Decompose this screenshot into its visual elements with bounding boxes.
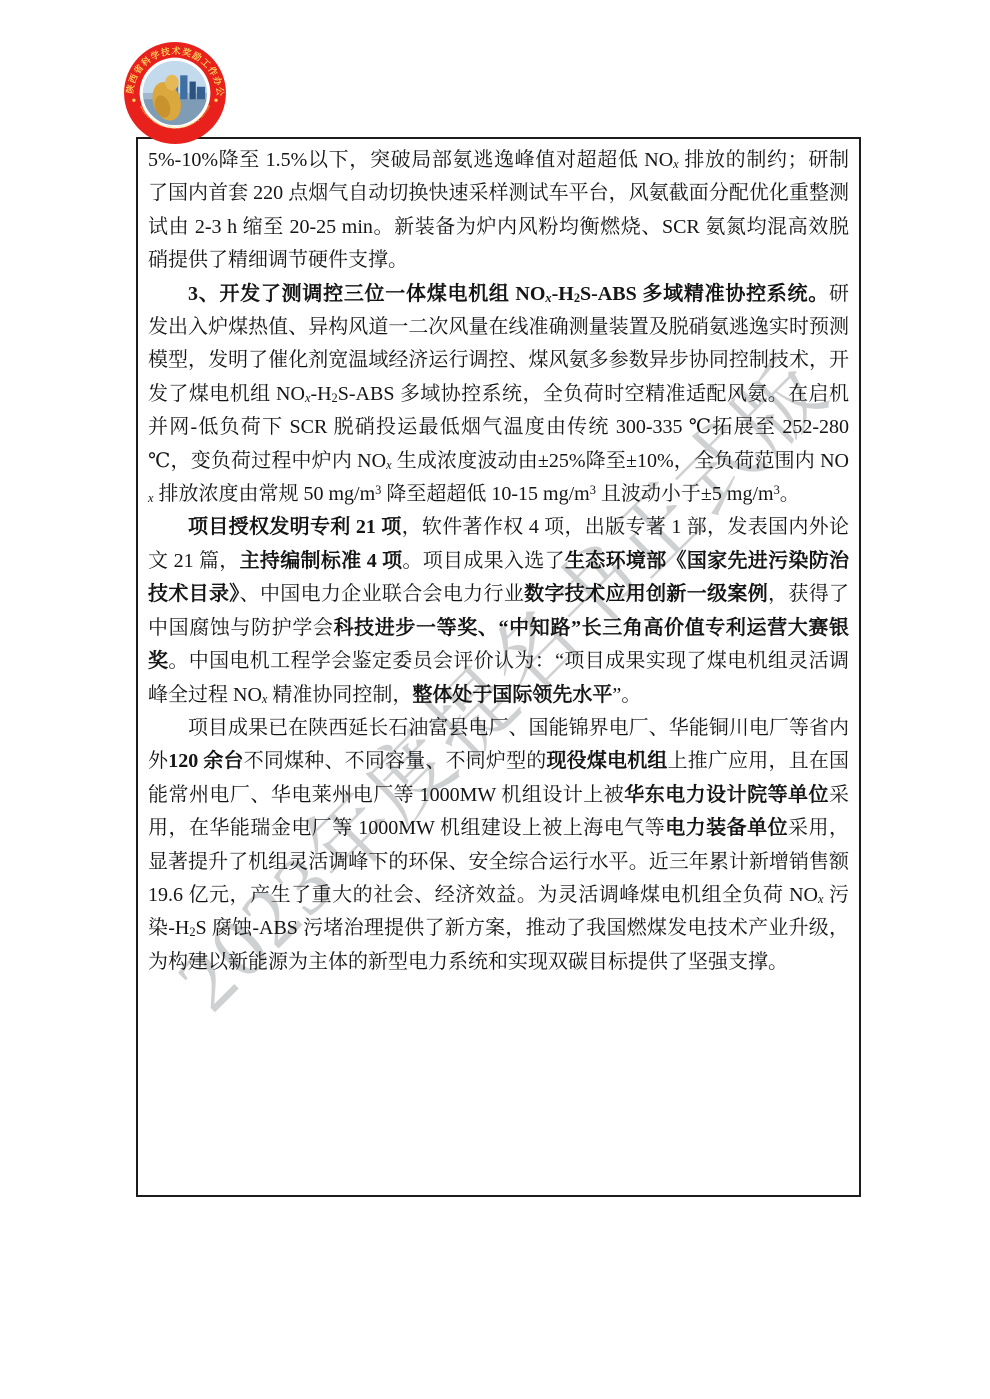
document-body: 5%-10%降至 1.5%以下，突破局部氨逃逸峰值对超超低 NOx 排放的制约；… [148,144,849,979]
document-box: 5%-10%降至 1.5%以下，突破局部氨逃逸峰值对超超低 NOx 排放的制约；… [136,137,861,1197]
text-segment: -H [310,383,331,405]
text-segment: 。 [780,483,800,505]
text-segment: 项目授权发明专利 21 项 [188,516,402,538]
seal-emblem-image: 陕西省科学技术奖励工作办公室 Shaanxi Province Office O… [123,41,227,145]
text-segment: S-ABS 多域精准协控系统。 [580,283,829,305]
text-segment: 。项目成果入选了 [402,550,565,572]
text-segment: 主持编制标准 4 项 [240,550,403,572]
text-segment: S 腐蚀-ABS 污堵治理提供了新方案，推动了我国燃煤发电技术产业升级，为构建以… [148,917,849,972]
text-segment: 生成浓度波动由±25%降至±10%，全负荷范围内 NO [392,450,849,472]
page: 2023年度提名书正式版 [0,0,990,1399]
text-segment: -H [552,283,574,305]
text-segment: 整体处于国际领先水平 [412,684,612,706]
paragraph: 项目成果已在陕西延长石油富县电厂、国能锦界电厂、华能铜川电厂等省内外120 余台… [148,712,849,979]
text-segment: 、中国电力企业联合会电力行业 [240,583,525,605]
text-segment: 电力装备单位 [665,817,788,839]
text-segment: 现役煤电机组 [546,750,667,772]
text-segment: 华东电力设计院等单位 [624,784,829,806]
text-segment: 5%-10%降至 1.5%以下，突破局部氨逃逸峰值对超超低 NO [148,149,673,171]
text-segment: 排放浓度由常规 50 mg/m [154,483,376,505]
text-segment: 精准协同控制， [267,684,412,706]
text-segment: 不同煤种、不同容量、不同炉型的 [244,750,547,772]
text-segment: 120 余台 [168,750,244,772]
award-office-seal: 陕西省科学技术奖励工作办公室 Shaanxi Province Office O… [123,41,227,145]
paragraph: 5%-10%降至 1.5%以下，突破局部氨逃逸峰值对超超低 NOx 排放的制约；… [148,144,849,278]
text-segment: 3、开发了测调控三位一体煤电机组 NO [188,283,545,305]
paragraph: 项目授权发明专利 21 项，软件著作权 4 项，出版专著 1 部，发表国内外论文… [148,511,849,711]
text-segment: 且波动小于±5 mg/m [596,483,774,505]
text-segment: ”。 [612,684,641,706]
text-segment: 降至超超低 10-15 mg/m [381,483,589,505]
paragraph: 3、开发了测调控三位一体煤电机组 NOx-H2S-ABS 多域精准协控系统。研发… [148,278,849,512]
text-segment: 数字技术应用创新一级案例 [524,583,768,605]
